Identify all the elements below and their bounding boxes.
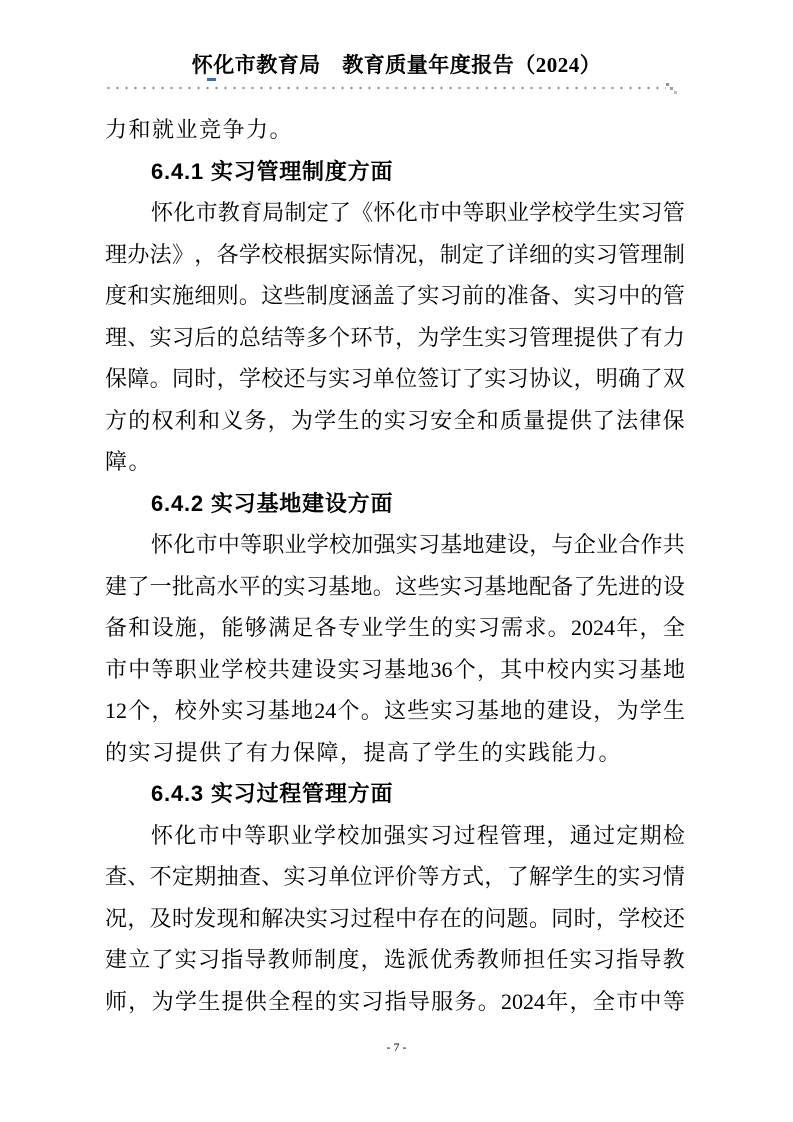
paragraph-line: 障。 [105, 441, 685, 483]
paragraph-line: 怀化市中等职业学校加强实习过程管理，通过定期检 [105, 815, 685, 857]
paragraph-tail-line: 力和就业竞争力。 [105, 109, 685, 151]
paragraph-line: 怀化市教育局制定了《怀化市中等职业学校学生实习管 [105, 192, 685, 234]
paragraph-line: 师，为学生提供全程的实习指导服务。2024年，全市中等 [105, 981, 685, 1023]
header-dotted-border [104, 80, 666, 92]
paragraph-line: 理办法》，各学校根据实际情况，制定了详细的实习管理制 [105, 234, 685, 276]
paragraph-line: 建了一批高水平的实习基地。这些实习基地配备了先进的设 [105, 566, 685, 608]
document-body: 力和就业竞争力。6.4.1 实习管理制度方面怀化市教育局制定了《怀化市中等职业学… [105, 109, 685, 1022]
page-footer: - 7 - [0, 1040, 793, 1055]
paragraph-line: 12个，校外实习基地24个。这些实习基地的建设，为学生 [105, 690, 685, 732]
document-page: 怀化市教育局 教育质量年度报告（2024） 力和就业竞争力。6.4.1 实习管理… [0, 0, 793, 1122]
paragraph-line: 方的权利和义务，为学生的实习安全和质量提供了法律保 [105, 400, 685, 442]
paragraph-line: 理、实习后的总结等多个环节，为学生实习管理提供了有力 [105, 317, 685, 359]
header-border-tail-icon [666, 83, 669, 86]
paragraph-line: 的实习提供了有力保障，提高了学生的实践能力。 [105, 732, 685, 774]
paragraph-line: 度和实施细则。这些制度涵盖了实习前的准备、实习中的管 [105, 275, 685, 317]
paragraph-line: 市中等职业学校共建设实习基地36个，其中校内实习基地 [105, 649, 685, 691]
page-number: - 7 - [387, 1040, 407, 1054]
paragraph-line: 保障。同时，学校还与实习单位签订了实习协议，明确了双 [105, 358, 685, 400]
section-heading: 6.4.1 实习管理制度方面 [105, 151, 685, 193]
paragraph-line: 查、不定期抽查、实习单位评价等方式，了解学生的实习情 [105, 856, 685, 898]
section-heading: 6.4.3 实习过程管理方面 [105, 773, 685, 815]
paragraph-line: 怀化市中等职业学校加强实习基地建设，与企业合作共 [105, 524, 685, 566]
section-heading: 6.4.2 实习基地建设方面 [105, 483, 685, 525]
paragraph-line: 备和设施，能够满足各专业学生的实习需求。2024年，全 [105, 607, 685, 649]
header-title: 怀化市教育局 教育质量年度报告（2024） [0, 49, 793, 79]
paragraph-line: 况，及时发现和解决实习过程中存在的问题。同时，学校还 [105, 898, 685, 940]
paragraph-line: 建立了实习指导教师制度，选派优秀教师担任实习指导教 [105, 939, 685, 981]
